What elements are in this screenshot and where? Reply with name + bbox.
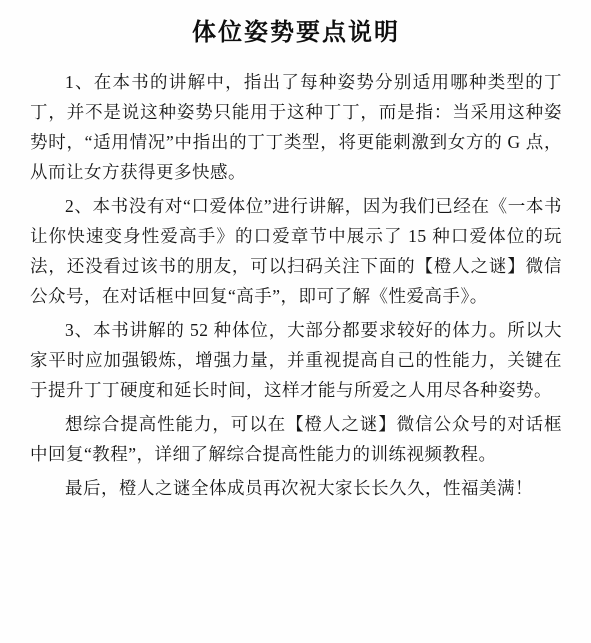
document-page: 体位姿势要点说明 1、在本书的讲解中，指出了每种姿势分别适用哪种类型的丁丁，并不… xyxy=(0,0,591,643)
paragraph-2: 2、本书没有对“口爱体位”进行讲解，因为我们已经在《一本书让你快速变身性爱高手》… xyxy=(30,191,562,311)
paragraph-3: 3、本书讲解的 52 种体位，大部分都要求较好的体力。所以大家平时应加强锻炼，增… xyxy=(30,315,562,405)
paragraph-4: 想综合提高性能力，可以在【橙人之谜】微信公众号的对话框中回复“教程”，详细了解综… xyxy=(30,409,562,469)
paragraph-1: 1、在本书的讲解中，指出了每种姿势分别适用哪种类型的丁丁，并不是说这种姿势只能用… xyxy=(30,67,562,187)
paragraph-5: 最后，橙人之谜全体成员再次祝大家长长久久，性福美满！ xyxy=(30,473,562,503)
page-title: 体位姿势要点说明 xyxy=(30,12,562,47)
